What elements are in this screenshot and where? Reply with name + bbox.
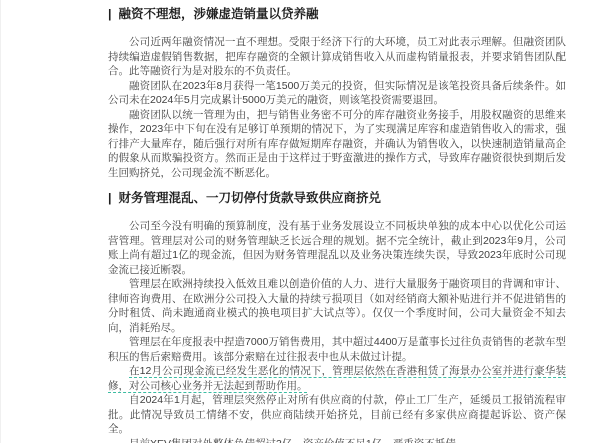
section-title: 财务管理混乱、一刀切停付货款导致供应商挤兑: [119, 190, 382, 206]
paragraph: 公司至今没有明确的预算制度，没有基于业务发展设立不同板块单独的成本中心以优化公司…: [108, 219, 566, 277]
heading-bar-icon: |: [108, 6, 112, 21]
section-heading-financing: | 融资不理想，涉嫌虚造销量以贷养融: [108, 6, 566, 22]
document-body: | 融资不理想，涉嫌虚造销量以贷养融 公司近两年融资情况一直不理想。受限于经济下…: [108, 0, 566, 443]
paragraph: 融资团队以统一管理为由，把与销售业务密不可分的库存融资业务接手，用股权融资的思维…: [108, 108, 566, 181]
paragraph: 管理层在欧洲持续投入低效且难以创造价值的人力、进行大量服务于融资项目的背调和审计…: [108, 277, 566, 335]
article-page: | 融资不理想，涉嫌虚造销量以贷养融 公司近两年融资情况一直不理想。受限于经济下…: [0, 0, 600, 443]
section-heading-finance-management: | 财务管理混乱、一刀切停付货款导致供应商挤兑: [108, 190, 566, 206]
section-finance-management: | 财务管理混乱、一刀切停付货款导致供应商挤兑 公司至今没有明确的预算制度，没有…: [108, 190, 566, 443]
heading-bar-icon: |: [108, 190, 112, 205]
paragraph: 目前XEV集团对外整体负债超过3亿，资产价值不足1亿，严重资不抵债。: [108, 437, 566, 443]
paragraph: 自2024年1月起，管理层突然停止对所有供应商的付款，停止工厂生产，延缓员工报销…: [108, 393, 566, 437]
paragraph: 公司近两年融资情况一直不理想。受限于经济下行的大环境，员工对此表示理解。但融资团…: [108, 35, 566, 79]
paragraph: 管理层在年度报表中捏造7000万销售费用，其中超过4400万是董事长过往负责销售…: [108, 335, 566, 364]
paragraph-annotated: 在12月公司现金流已经发生恶化的情况下，管理层依然在香港租赁了海景办公室并进行豪…: [108, 364, 566, 393]
paragraph: 融资团队在2023年8月获得一笔1500万美元的投资，但实际情况是该笔投资具备后…: [108, 79, 566, 108]
section-title: 融资不理想，涉嫌虚造销量以贷养融: [119, 6, 319, 22]
section-financing: | 融资不理想，涉嫌虚造销量以贷养融 公司近两年融资情况一直不理想。受限于经济下…: [108, 6, 566, 180]
